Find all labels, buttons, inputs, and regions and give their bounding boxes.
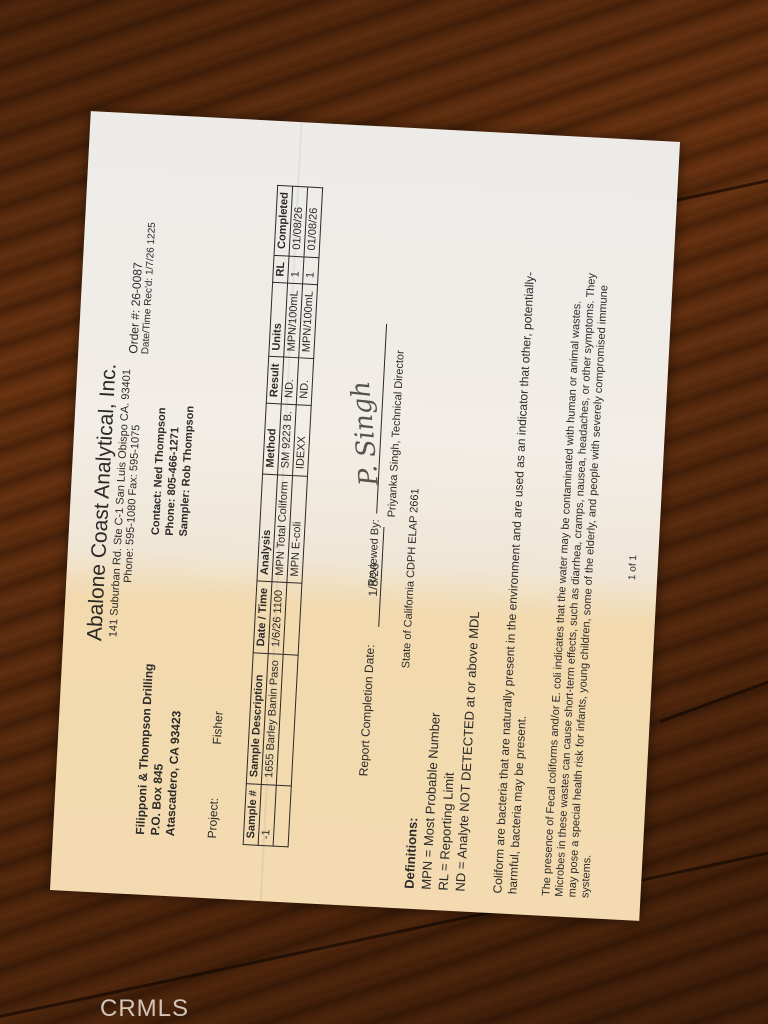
col-rl: RL — [273, 255, 289, 283]
cell: IDEXX — [293, 405, 312, 476]
lab-report-paper: Abalone Coast Analytical, Inc. 141 Subur… — [50, 111, 680, 921]
page-number: 1 of 1 — [627, 555, 639, 581]
definitions: Definitions: MPN = Most Probable Number … — [401, 608, 484, 892]
project: Project: Fisher — [205, 711, 226, 839]
results-table: Sample # Sample Description Date / Time … — [243, 185, 324, 848]
contact-block: Contact: Ned Thompson Phone: 805-466-127… — [149, 404, 198, 537]
cell: ND. — [296, 358, 313, 405]
fecal-note: The presence of Fecal coliforms and/or E… — [540, 257, 625, 899]
cell — [273, 785, 291, 847]
project-label: Project: — [205, 797, 221, 838]
coliform-note: Coliform are bacteria that are naturally… — [490, 254, 553, 895]
completion-label: Report Completion Date: — [356, 644, 377, 777]
cell: 01/08/26 — [304, 187, 323, 258]
project-value: Fisher — [210, 711, 226, 745]
wood-seam — [659, 672, 768, 723]
cell: 1 — [288, 256, 304, 284]
cell: 1 — [303, 257, 319, 285]
date-received: Date/Time Rec'd: 1/7/26 1225 — [140, 222, 158, 355]
cell — [283, 583, 302, 655]
report-completion: Report Completion Date: 1/8/26 — [356, 644, 377, 777]
client-address: Filipponi & Thompson Drilling P.O. Box 8… — [133, 663, 187, 836]
cell: MPN/100mL — [299, 284, 318, 359]
watermark: CRMLS — [100, 995, 189, 1023]
